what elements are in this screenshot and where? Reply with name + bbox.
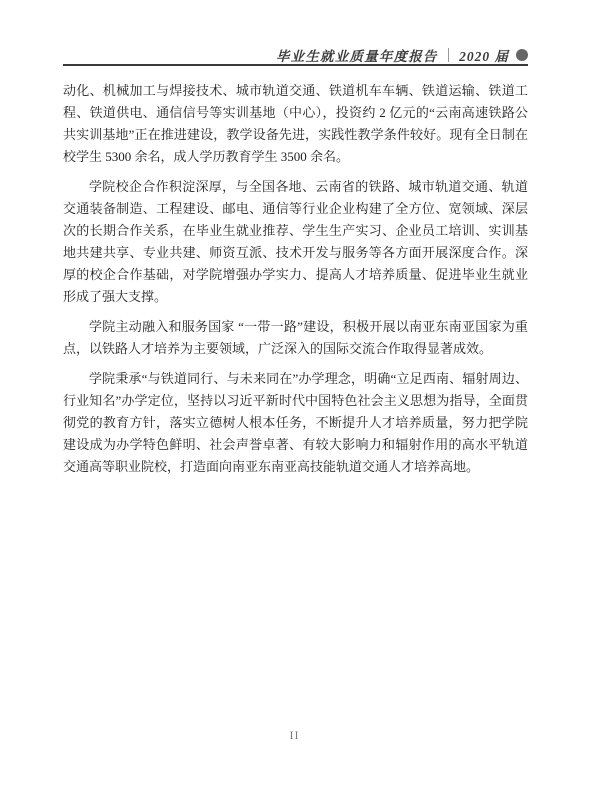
page-header: 毕业生就业质量年度报告 2020 届 [63, 46, 528, 64]
document-body: 动化、机械加工与焊接技术、城市轨道交通、铁道机车车辆、铁道运输、铁道工程、铁道供… [63, 80, 528, 486]
paragraph: 学院校企合作积淀深厚，与全国各地、云南省的铁路、城市轨道交通、轨道交通装备制造、… [63, 176, 528, 308]
cohort-label: 2020 届 [459, 45, 509, 65]
report-title: 毕业生就业质量年度报告 [276, 45, 438, 65]
header-separator [448, 48, 450, 62]
paragraph: 动化、机械加工与焊接技术、城市轨道交通、铁道机车车辆、铁道运输、铁道工程、铁道供… [63, 80, 528, 168]
header-rule [63, 64, 528, 66]
document-page: 毕业生就业质量年度报告 2020 届 动化、机械加工与焊接技术、城市轨道交通、铁… [0, 0, 589, 800]
page-footer: II [0, 728, 589, 743]
bullet-circle-icon [516, 49, 528, 61]
page-number: II [290, 728, 300, 742]
paragraph: 学院主动融入和服务国家 “一带一路”建设，积极开展以南亚东南亚国家为重点，以铁路… [63, 316, 528, 360]
paragraph: 学院秉承“与铁道同行、与未来同在”办学理念，明确“立足西南、辐射周边、行业知名”… [63, 368, 528, 478]
